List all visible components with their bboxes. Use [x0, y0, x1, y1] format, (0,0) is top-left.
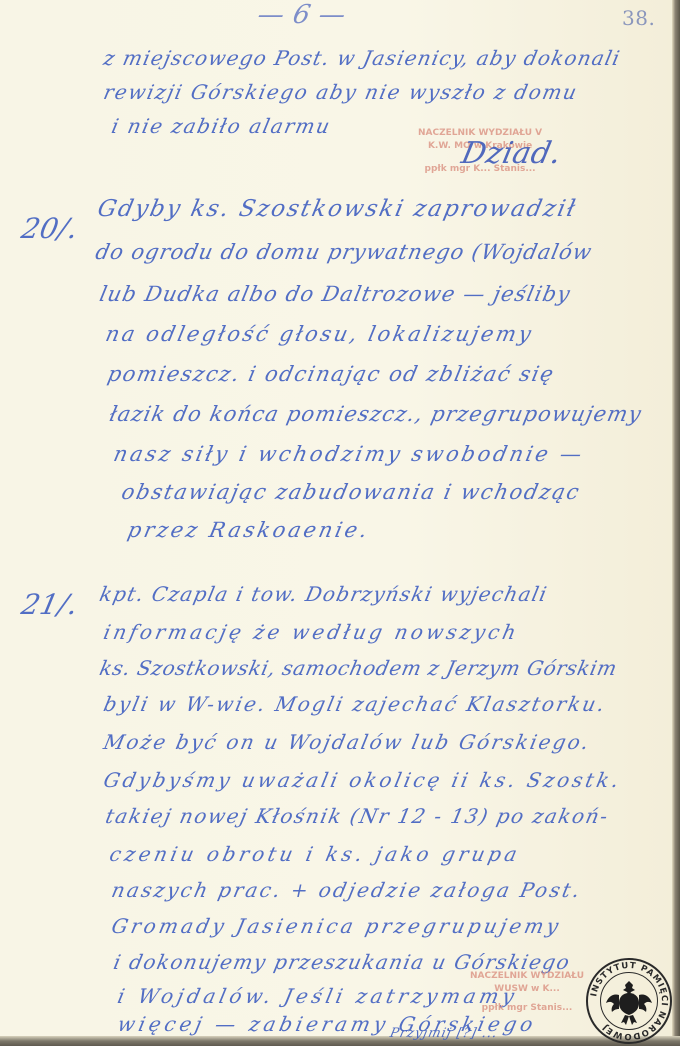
folio-number: 38. — [622, 6, 655, 30]
paragraph-line: informację że według nowszych — [101, 620, 521, 644]
ipn-seal: INSTYTUT PAMIĘCI NARODOWEJ — [586, 958, 672, 1044]
official-stamp-bottom: NACZELNIK WYDZIAŁU WUSW w K... ppłk mgr … — [470, 970, 584, 1015]
paragraph-line: Gromady Jasienica przegrupujemy — [109, 914, 563, 938]
paragraph-line: Przyjmij [?] ... — [388, 1026, 499, 1041]
paragraph-line: obstawiając zabudowania i wchodząc — [119, 480, 582, 504]
paragraph-line: do ogrodu do domu prywatnego (Wojdalów — [93, 240, 594, 264]
paragraph-line: kpt. Czapla i tow. Dobrzyński wyjechali — [97, 582, 550, 606]
intro-line: i nie zabiło alarmu — [109, 114, 333, 138]
paragraph-line: byli w W-wie. Mogli zajechać Klasztorku. — [101, 692, 608, 716]
paragraph-number: 20/. — [18, 212, 81, 245]
page-edge-shadow-bottom — [0, 1036, 680, 1046]
paragraph-line: pomieszcz. i odcinając od zbliżać się — [105, 362, 557, 386]
intro-line: z miejscowego Post. w Jasienicy, aby dok… — [101, 46, 623, 70]
paragraph-line: i Wojdalów. Jeśli zatrzymamy — [115, 984, 520, 1008]
paragraph-line: Gdyby ks. Szostkowski zaprowadził — [95, 196, 579, 222]
paragraph-line: takiej nowej Kłośnik (Nr 12 - 13) po zak… — [103, 804, 611, 828]
signature: Dziad. — [458, 136, 565, 171]
paragraph-line: nasz siły i wchodzimy swobodnie — — [111, 442, 586, 466]
paragraph-line: łazik do końca pomieszcz., przegrupowuje… — [107, 402, 644, 426]
paragraph-line: Gdybyśmy uważali okolicę ii ks. Szostk. — [101, 768, 623, 792]
page-marker: — 6 — — [255, 0, 349, 30]
paragraph-line: lub Dudka albo do Daltrozowe — jeśliby — [97, 282, 573, 306]
paragraph-line: Może być on u Wojdalów lub Górskiego. — [101, 730, 592, 754]
paragraph-line: na odległość głosu, lokalizujemy — [103, 322, 535, 346]
paragraph-line: czeniu obrotu i ks. jako grupa — [107, 842, 522, 866]
intro-line: rewizji Górskiego aby nie wyszło z domu — [101, 80, 580, 104]
stamp-line: WUSW w K... — [470, 983, 584, 996]
stamp-line: ppłk mgr Stanis... — [470, 1002, 584, 1015]
stamp-line: NACZELNIK WYDZIAŁU — [470, 970, 584, 983]
paragraph-number: 21/. — [18, 588, 81, 621]
eagle-emblem-icon — [600, 972, 658, 1030]
page-edge-shadow-right — [672, 0, 680, 1046]
paragraph-line: naszych prac. + odjedzie załoga Post. — [109, 878, 584, 902]
paragraph-line: ks. Szostkowski, samochodem z Jerzym Gór… — [97, 656, 619, 680]
paragraph-line: przez Raskoaenie. — [125, 518, 372, 542]
